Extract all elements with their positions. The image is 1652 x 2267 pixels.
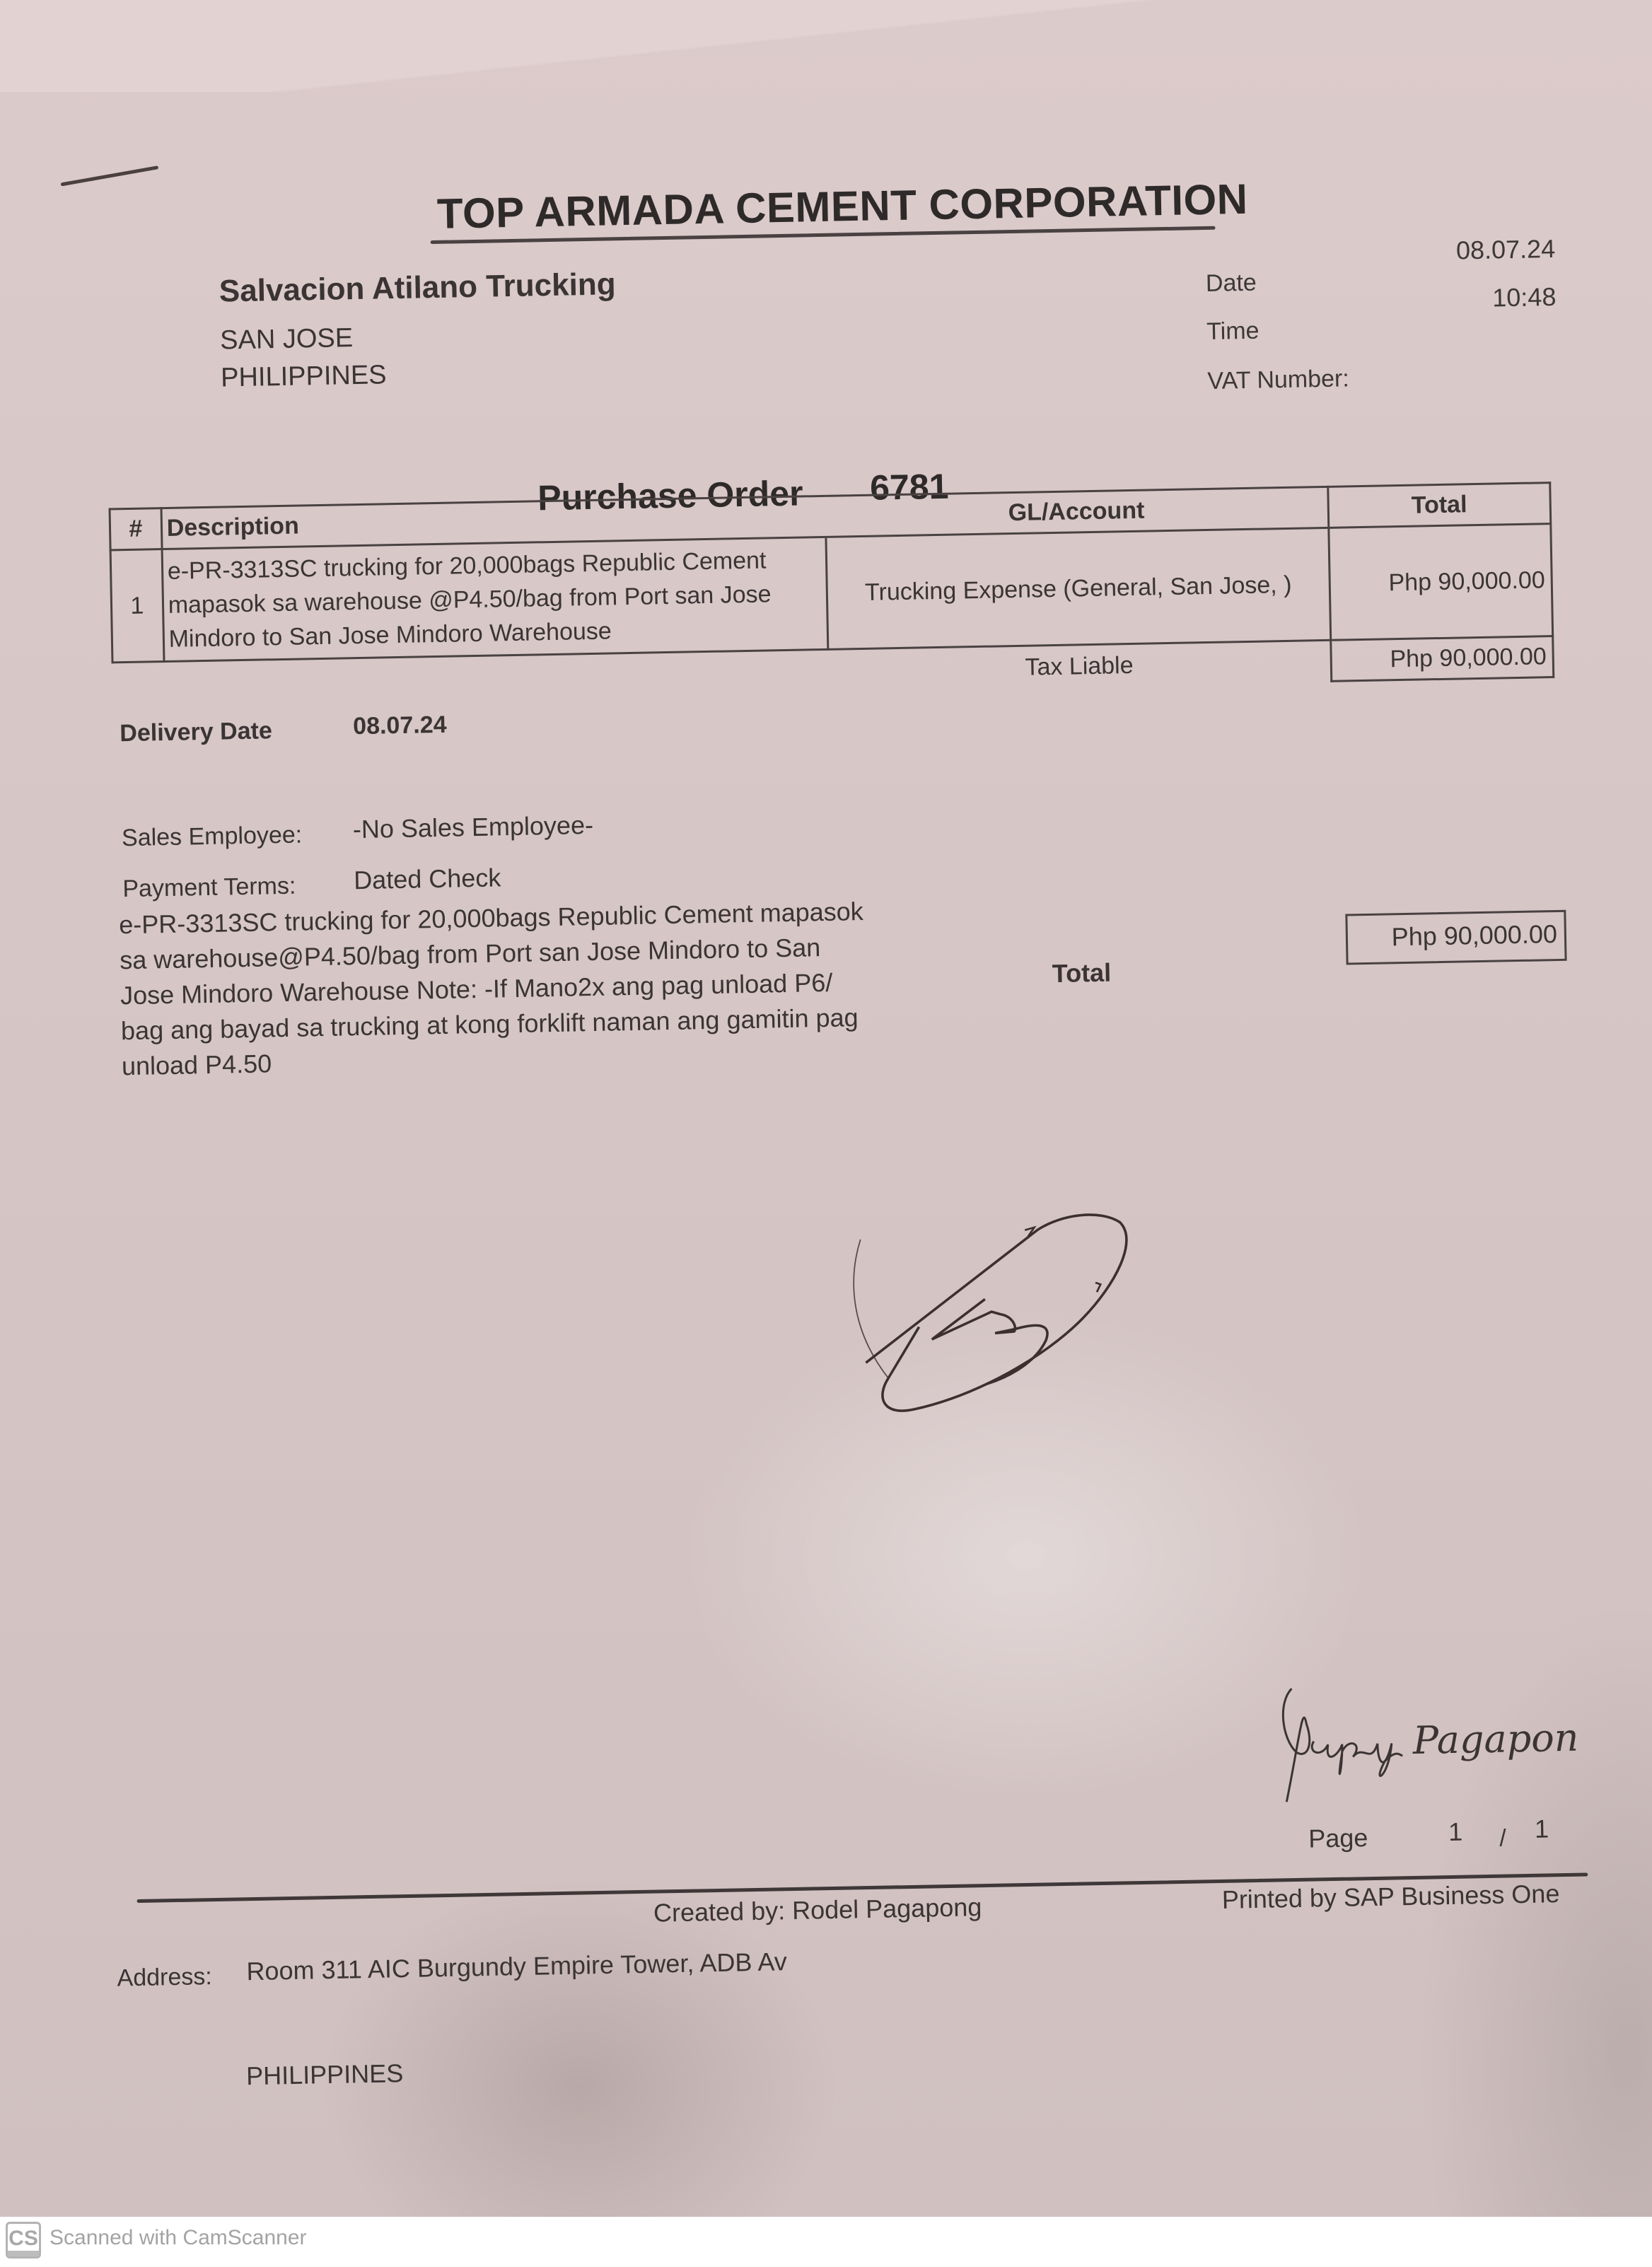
header-total: Total xyxy=(1328,483,1551,528)
paper-document: TOP ARMADA CEMENT CORPORATION Salvacion … xyxy=(0,0,1652,2217)
vat-number-label: VAT Number: xyxy=(1207,365,1349,395)
row-description: e-PR-3313SC trucking for 20,000bags Repu… xyxy=(162,537,828,661)
payment-terms-value: Dated Check xyxy=(354,863,501,895)
page-current: 1 xyxy=(1448,1817,1463,1847)
remarks-text: e-PR-3313SC trucking for 20,000bags Repu… xyxy=(119,894,871,1084)
vendor-city: SAN JOSE xyxy=(220,323,354,356)
payment-terms-label: Payment Terms: xyxy=(122,873,296,903)
purchase-order-page: TOP ARMADA CEMENT CORPORATION Salvacion … xyxy=(0,0,1652,2232)
delivery-date-label: Delivery Date xyxy=(120,717,272,747)
row-num: 1 xyxy=(110,549,164,663)
row-total: Php 90,000.00 xyxy=(1329,524,1553,641)
address-label: Address: xyxy=(117,1963,212,1992)
handwritten-note-icon: Pagapong 08/8/24 xyxy=(1263,1669,1577,1817)
created-by: Created by: Rodel Pagapong xyxy=(653,1892,982,1928)
svg-text:Pagapong 08/8/24: Pagapong 08/8/24 xyxy=(1412,1712,1576,1763)
tax-liable-label: Tax Liable xyxy=(828,640,1332,690)
address-country: PHILIPPINES xyxy=(246,2058,404,2091)
grand-total-label: Total xyxy=(1052,958,1111,989)
header-num: # xyxy=(110,508,162,550)
page-separator: / xyxy=(1499,1825,1506,1853)
vendor-country: PHILIPPINES xyxy=(221,360,387,393)
signature-icon xyxy=(830,1196,1160,1443)
vendor-name: Salvacion Atilano Trucking xyxy=(219,267,616,309)
sales-employee-value: -No Sales Employee- xyxy=(353,810,594,844)
sales-employee-label: Sales Employee: xyxy=(122,822,303,853)
date-label: Date xyxy=(1206,269,1257,298)
grand-total-value: Php 90,000.00 xyxy=(1345,910,1566,965)
time-value: 10:48 xyxy=(1372,282,1557,315)
line-items-table: # Description GL/Account Total 1 e-PR-33… xyxy=(109,482,1555,704)
pen-mark xyxy=(61,165,159,186)
printed-by: Printed by SAP Business One xyxy=(1221,1879,1559,1915)
tax-liable-total: Php 90,000.00 xyxy=(1331,636,1554,682)
scanner-watermark-text: Scanned with CamScanner xyxy=(50,2226,307,2250)
date-value: 08.07.24 xyxy=(1371,234,1556,267)
time-label: Time xyxy=(1206,317,1260,346)
address-value: Room 311 AIC Burgundy Empire Tower, ADB … xyxy=(246,1947,787,1986)
page-label: Page xyxy=(1308,1823,1368,1854)
camscanner-logo-icon: CS xyxy=(6,2222,41,2259)
row-gl-account: Trucking Expense (General, San Jose, ) xyxy=(826,528,1330,649)
delivery-date-value: 08.07.24 xyxy=(353,711,447,740)
page-total: 1 xyxy=(1535,1814,1549,1843)
